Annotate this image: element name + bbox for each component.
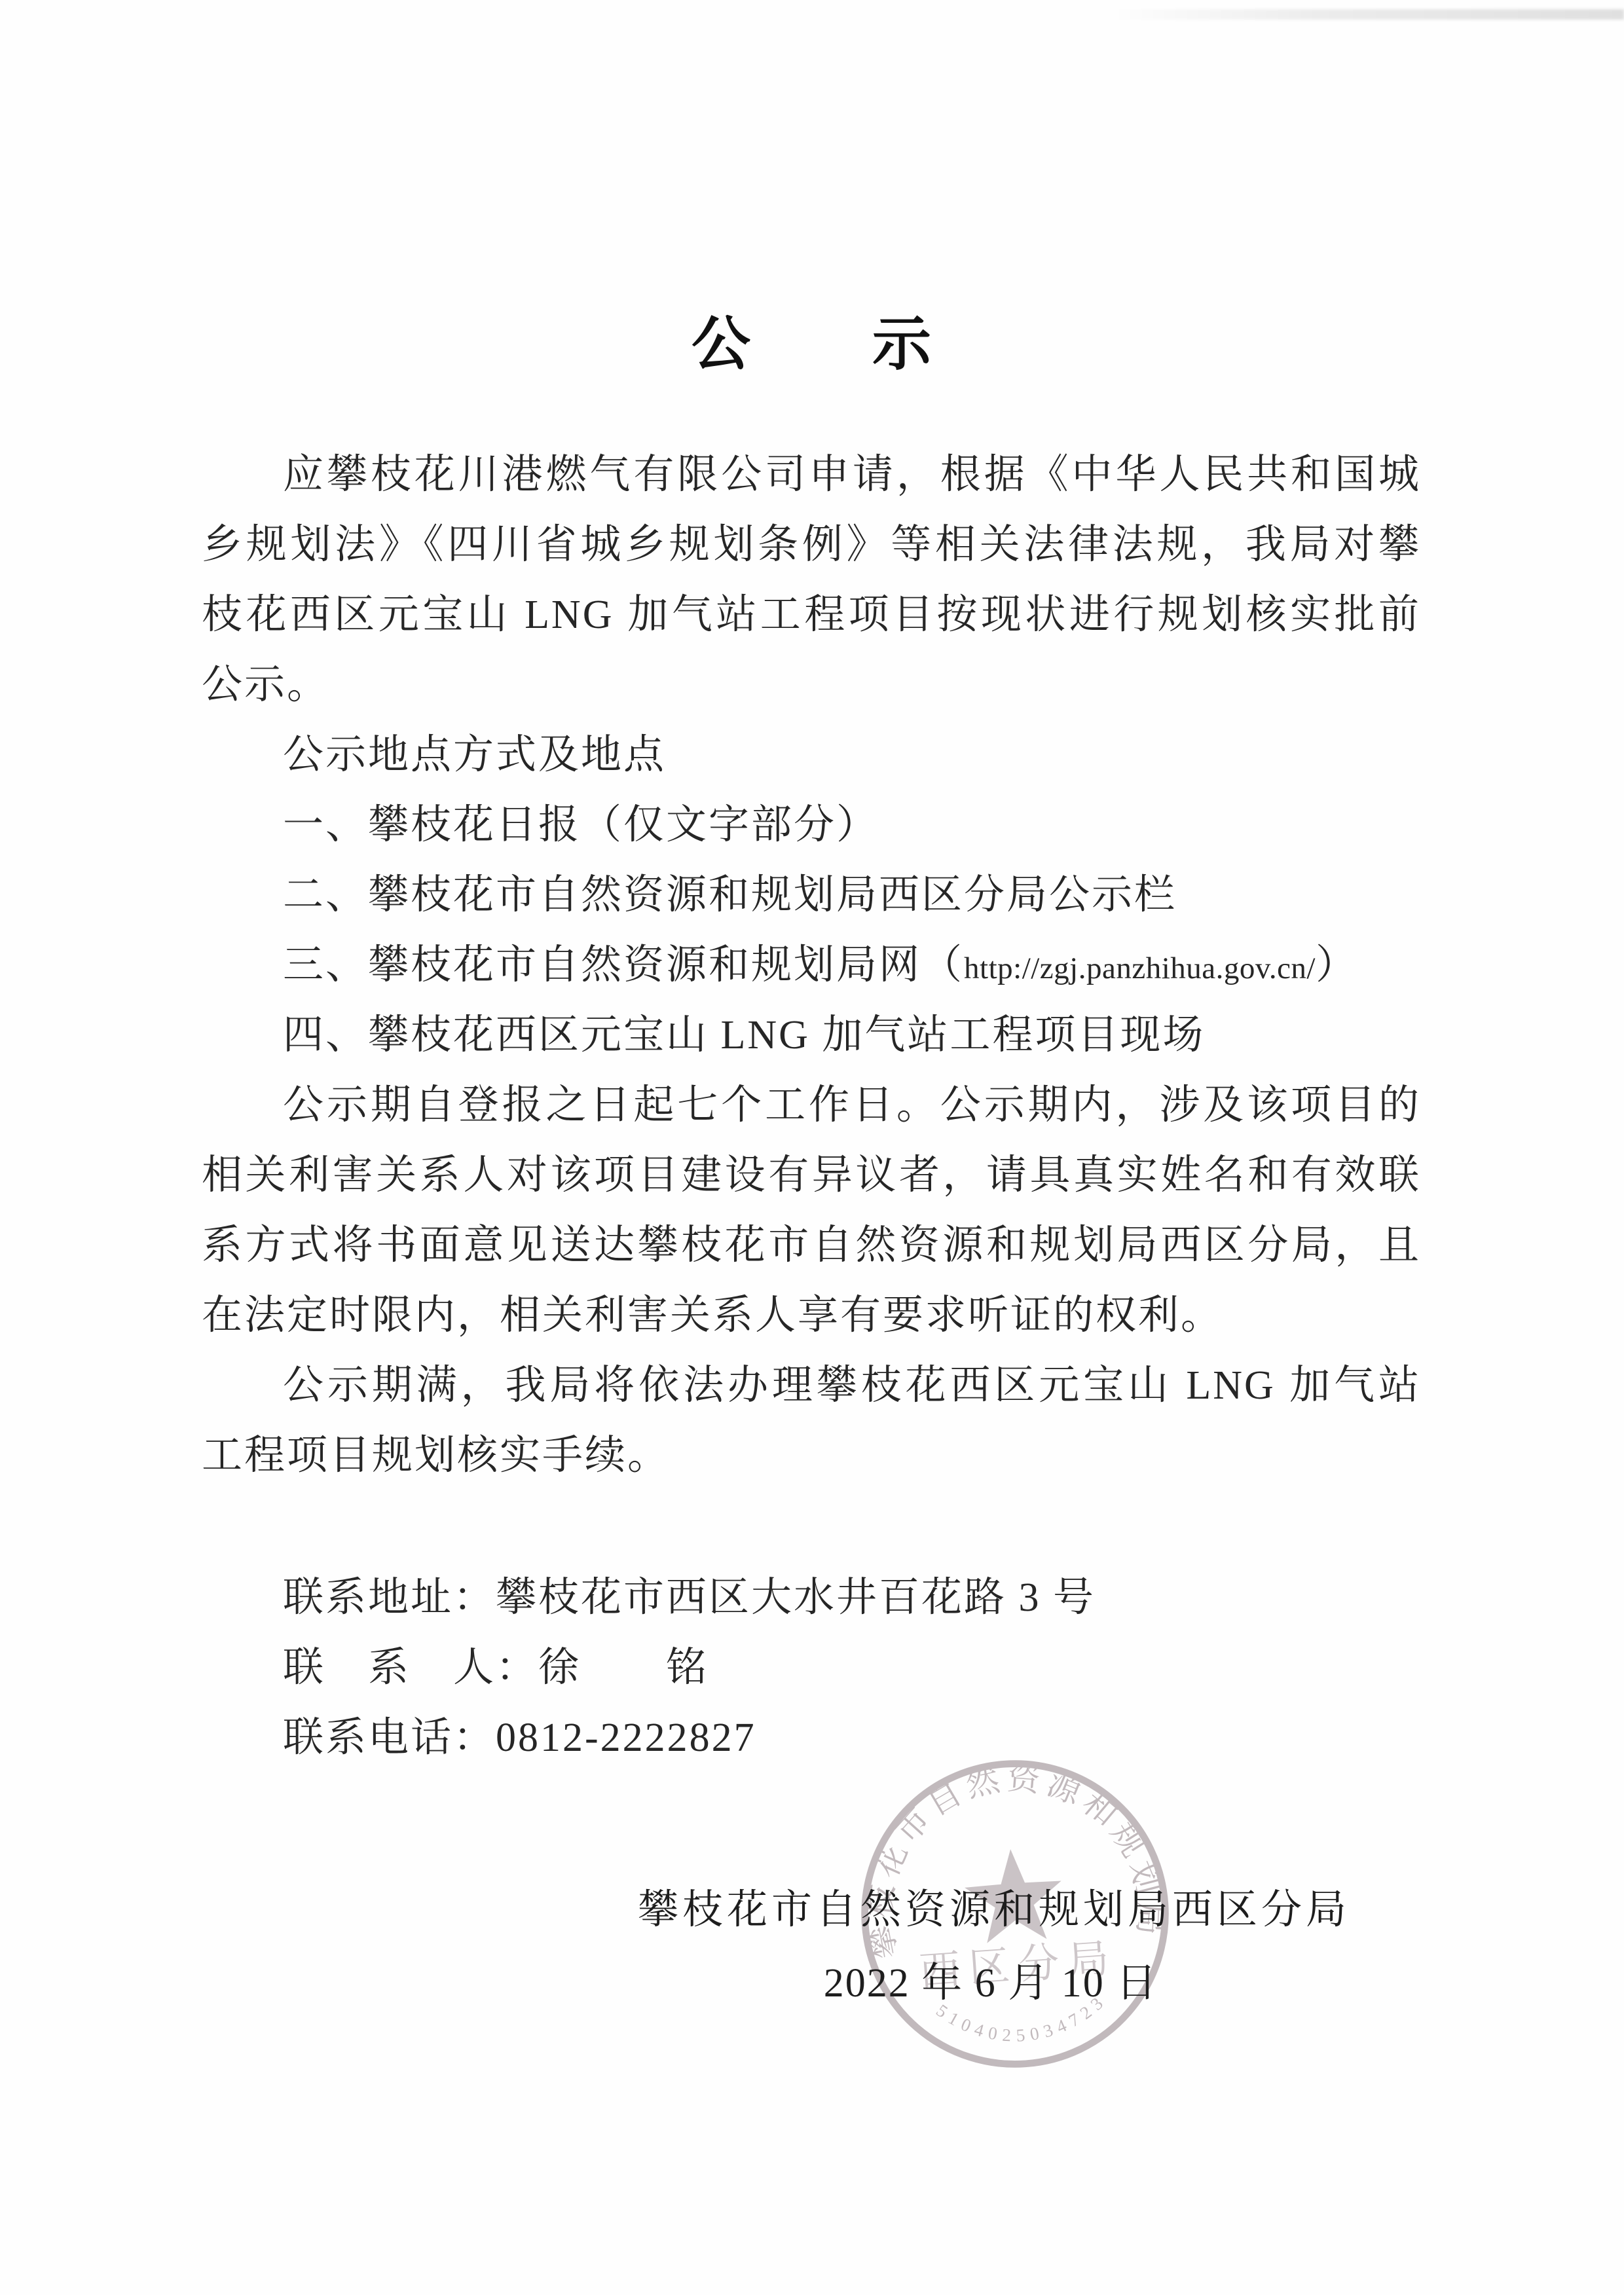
body-line: 四、攀枝花西区元宝山 LNG 加气站工程项目现场 bbox=[202, 1001, 1421, 1071]
body-line: 应攀枝花川港燃气有限公司申请，根据《中华人民共和国城 bbox=[202, 440, 1421, 510]
body-line: 公示期满，我局将依法办理攀枝花西区元宝山 LNG 加气站 bbox=[202, 1351, 1421, 1421]
website-url: http://zgj.panzhihua.gov.cn/ bbox=[964, 951, 1316, 985]
body-line: 公示地点方式及地点 bbox=[202, 720, 1421, 790]
body-line: 系方式将书面意见送达攀枝花市自然资源和规划局西区分局，且 bbox=[202, 1211, 1421, 1281]
body-line: 枝花西区元宝山 LNG 加气站工程项目按现状进行规划核实批前 bbox=[202, 580, 1421, 650]
notice-body: 应攀枝花川港燃气有限公司申请，根据《中华人民共和国城 乡规划法》《四川省城乡规划… bbox=[202, 440, 1421, 1491]
body-line: 一、攀枝花日报（仅文字部分） bbox=[202, 790, 1421, 860]
page-title: 公 示 bbox=[0, 296, 1624, 381]
body-line: 乡规划法》《四川省城乡规划条例》等相关法律法规，我局对攀 bbox=[202, 510, 1421, 580]
body-line: 二、攀枝花市自然资源和规划局西区分局公示栏 bbox=[202, 860, 1421, 930]
body-line: 相关利害关系人对该项目建设有异议者，请具真实姓名和有效联 bbox=[202, 1141, 1421, 1211]
body-line: 三、攀枝花市自然资源和规划局网（http://zgj.panzhihua.gov… bbox=[202, 930, 1421, 1001]
body-line: 工程项目规划核实手续。 bbox=[202, 1421, 1421, 1491]
contact-person: 联 系 人：徐 铭 bbox=[202, 1633, 1421, 1703]
body-line-text: ） bbox=[1316, 943, 1358, 987]
contact-address: 联系地址：攀枝花市西区大水井百花路 3 号 bbox=[202, 1563, 1421, 1633]
issue-date: 2022 年 6 月 10 日 bbox=[739, 1950, 1243, 2008]
body-line: 在法定时限内，相关利害关系人享有要求听证的权利。 bbox=[202, 1281, 1421, 1351]
issuer-signature: 攀枝花市自然资源和规划局西区分局 bbox=[638, 1877, 1350, 1935]
contact-block: 联系地址：攀枝花市西区大水井百花路 3 号 联 系 人：徐 铭 联系电话：081… bbox=[202, 1563, 1421, 1773]
body-line-text: 三、攀枝花市自然资源和规划局网（ bbox=[283, 943, 964, 987]
document-page: 公 示 应攀枝花川港燃气有限公司申请，根据《中华人民共和国城 乡规划法》《四川省… bbox=[0, 0, 1624, 2295]
body-line: 公示。 bbox=[202, 650, 1421, 720]
scan-artifact bbox=[1113, 9, 1624, 20]
contact-phone: 联系电话：0812-2222827 bbox=[202, 1703, 1421, 1773]
body-line: 公示期自登报之日起七个工作日。公示期内，涉及该项目的 bbox=[202, 1071, 1421, 1141]
